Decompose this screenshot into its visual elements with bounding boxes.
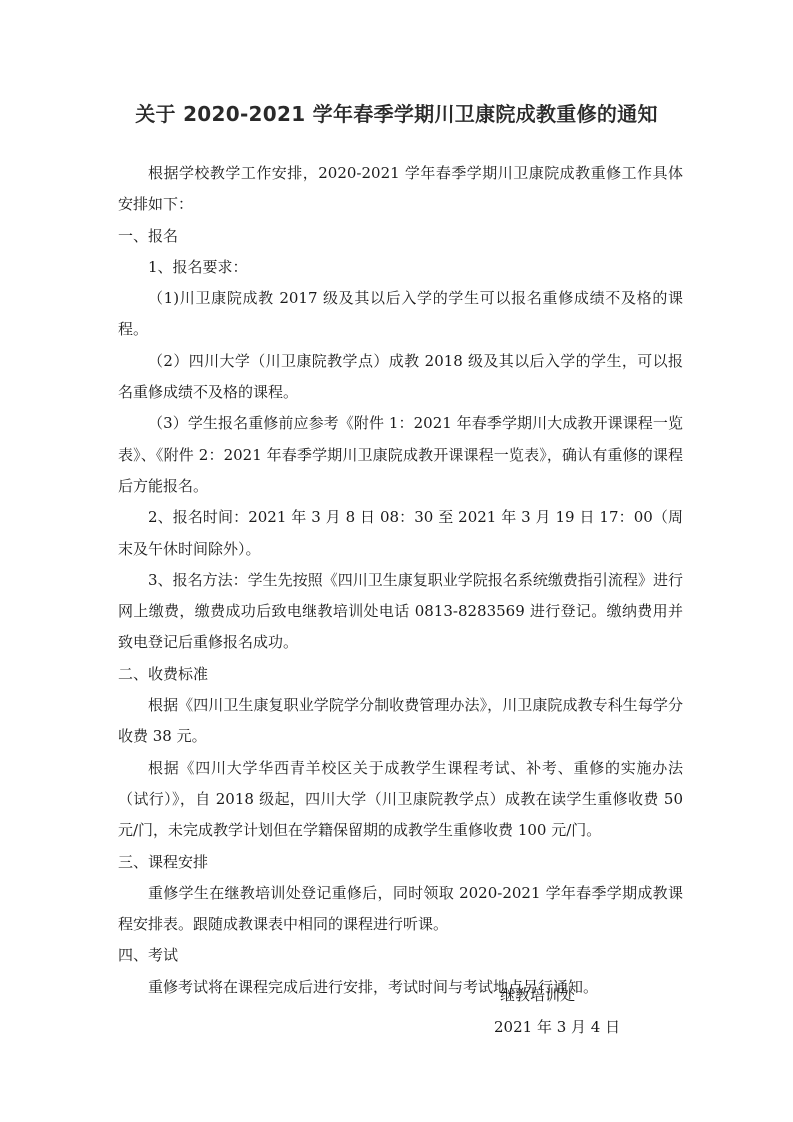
paragraph: 重修考试将在课程完成后进行安排，考试时间与考试地点另行通知。 [118,972,683,1003]
paragraph: 3、报名方法：学生先按照《四川卫生康复职业学院报名系统缴费指引流程》进行网上缴费… [118,565,683,659]
paragraph: （1)川卫康院成教 2017 级及其以后入学的学生可以报名重修成绩不及格的课程。 [118,283,683,346]
section-heading-fees: 二、收费标准 [118,659,683,690]
paragraph: （2）四川大学（川卫康院教学点）成教 2018 级及其以后入学的学生，可以报名重… [118,346,683,409]
paragraph: 重修学生在继教培训处登记重修后，同时领取 2020-2021 学年春季学期成教课… [118,878,683,941]
document-title: 关于 2020-2021 学年春季学期川卫康院成教重修的通知 [0,98,793,127]
section-heading-registration: 一、报名 [118,221,683,252]
section-heading-schedule: 三、课程安排 [118,847,683,878]
paragraph: 根据《四川卫生康复职业学院学分制收费管理办法》，川卫康院成教专科生每学分收费 3… [118,690,683,753]
paragraph: 2、报名时间：2021 年 3 月 8 日 08：30 至 2021 年 3 月… [118,502,683,565]
signature-org: 继教培训处 [500,984,575,1005]
paragraph: （3）学生报名重修前应参考《附件 1：2021 年春季学期川大成教开课课程一览表… [118,408,683,502]
paragraph: 根据《四川大学华西青羊校区关于成教学生课程考试、补考、重修的实施办法（试行）》，… [118,753,683,847]
signature-date: 2021 年 3 月 4 日 [494,1016,620,1037]
intro-paragraph: 根据学校教学工作安排，2020-2021 学年春季学期川卫康院成教重修工作具体安… [118,158,683,221]
document-body: 根据学校教学工作安排，2020-2021 学年春季学期川卫康院成教重修工作具体安… [118,158,683,1003]
paragraph: 1、报名要求： [118,252,683,283]
section-heading-exam: 四、考试 [118,940,683,971]
document-page: 关于 2020-2021 学年春季学期川卫康院成教重修的通知 根据学校教学工作安… [0,0,793,1122]
